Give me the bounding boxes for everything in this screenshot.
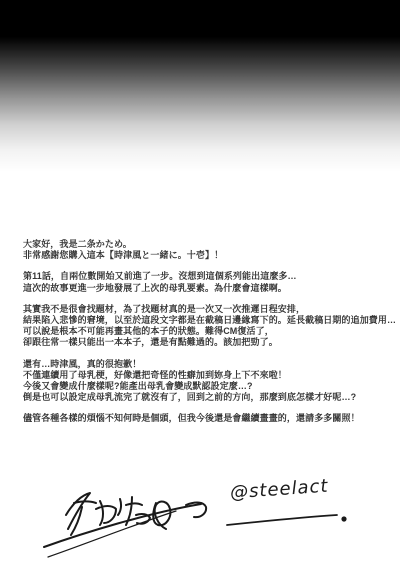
text-line: 卻跟往常一樣只能出一本本子，還是有點難過的。該加把勁了。 [23, 337, 385, 348]
text-line: 不僅連續用了母乳梗，好像還把奇怪的性癖加到妳身上下不來啦！ [23, 370, 385, 381]
text-line: 今後又會變成什麼樣呢?能產出母乳會變成默認設定麼…? [23, 381, 385, 392]
text-line: 儘管各種各樣的煩惱不知何時是個頭，但我今後還是會繼續畫畫的，還請多多關照！ [23, 413, 385, 424]
afterword-text-block: 大家好，我是二条かため。 非常感謝您購入這本【時津風と一緒に。十壱】！ 第11話… [23, 229, 385, 435]
text-line: 還有…時津風，真的很抱歉！ [23, 359, 385, 370]
text-line: 非常感謝您購入這本【時津風と一緒に。十壱】！ [23, 250, 385, 261]
handle-underline [225, 479, 355, 531]
text-line: 可以說是根本不可能再畫其他的本子的狀態。難得CM復活了， [23, 326, 385, 337]
artist-handle: @steelact [225, 479, 355, 531]
footer-signature-area: @steelact [0, 465, 400, 565]
text-line: 其實我不是很會找題材，為了找題材真的是一次又一次推遲日程安排， [23, 304, 385, 315]
text-line: 結果陷入悲慘的窘境，以至於這段文字都是在截稿日邊緣寫下的。延長截稿日期的追加費用… [23, 315, 385, 326]
text-line: 大家好，我是二条かため。 [23, 239, 385, 250]
artist-signature [38, 473, 223, 563]
text-line: 倒是也可以設定成母乳流完了就沒有了，回到之前的方向，那麼到底怎樣才好呢…? [23, 392, 385, 403]
afterword-page: 大家好，我是二条かため。 非常感謝您購入這本【時津風と一緒に。十壱】！ 第11話… [0, 0, 400, 569]
top-black-gradient [0, 0, 400, 175]
text-line: 這次的故事更進一步地發展了上次的母乳要素。為什麼會這樣啊。 [23, 283, 385, 294]
text-line: 第11話，自兩位數開始又前進了一步。沒想到這個系列能出這麼多… [23, 271, 385, 282]
